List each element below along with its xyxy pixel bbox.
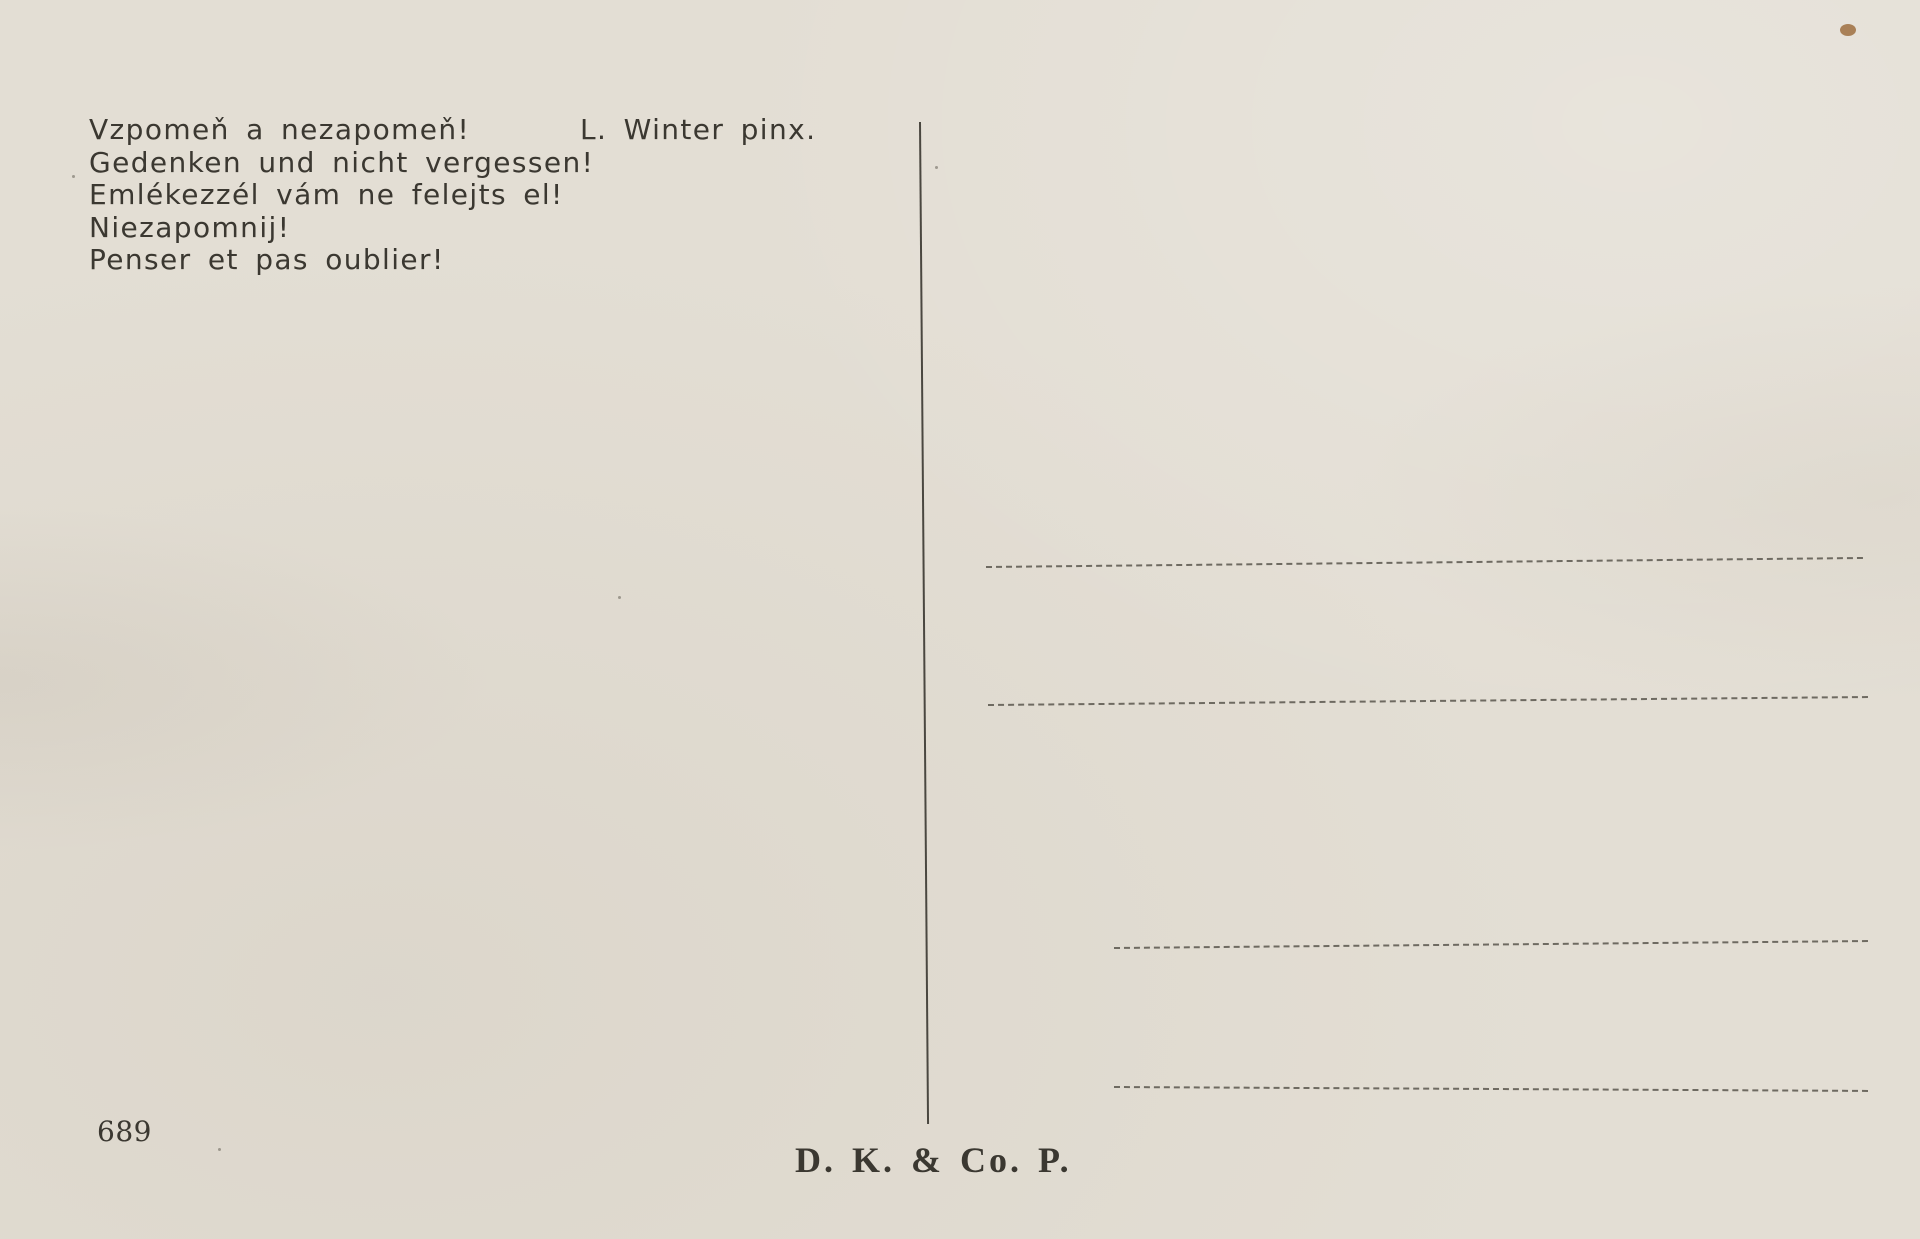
greeting-line-german: Gedenken und nicht vergessen! (89, 147, 594, 180)
publisher-imprint: D. K. & Co. P. (795, 1140, 1072, 1180)
paper-speck (72, 175, 75, 178)
greeting-text-block: Vzpomeň a nezapomeň! Gedenken und nicht … (89, 114, 594, 277)
greeting-line-czech: Vzpomeň a nezapomeň! (89, 114, 594, 147)
address-line-1 (986, 557, 1863, 568)
center-divider-line (919, 122, 929, 1124)
address-line-4 (1114, 1086, 1868, 1092)
artist-credit: L. Winter pinx. (580, 114, 816, 147)
serial-number: 689 (97, 1115, 152, 1149)
greeting-line-hungarian: Emlékezzél vám ne felejts el! (89, 179, 594, 212)
paper-speck (218, 1148, 221, 1151)
address-line-2 (988, 696, 1868, 706)
greeting-line-french: Penser et pas oublier! (89, 244, 594, 277)
paper-speck (935, 166, 938, 169)
postcard-back: Vzpomeň a nezapomeň! Gedenken und nicht … (0, 0, 1920, 1239)
address-line-3 (1114, 940, 1868, 949)
greeting-line-polish: Niezapomnij! (89, 212, 594, 245)
paper-speck (618, 596, 621, 599)
paper-stain (1840, 24, 1856, 36)
